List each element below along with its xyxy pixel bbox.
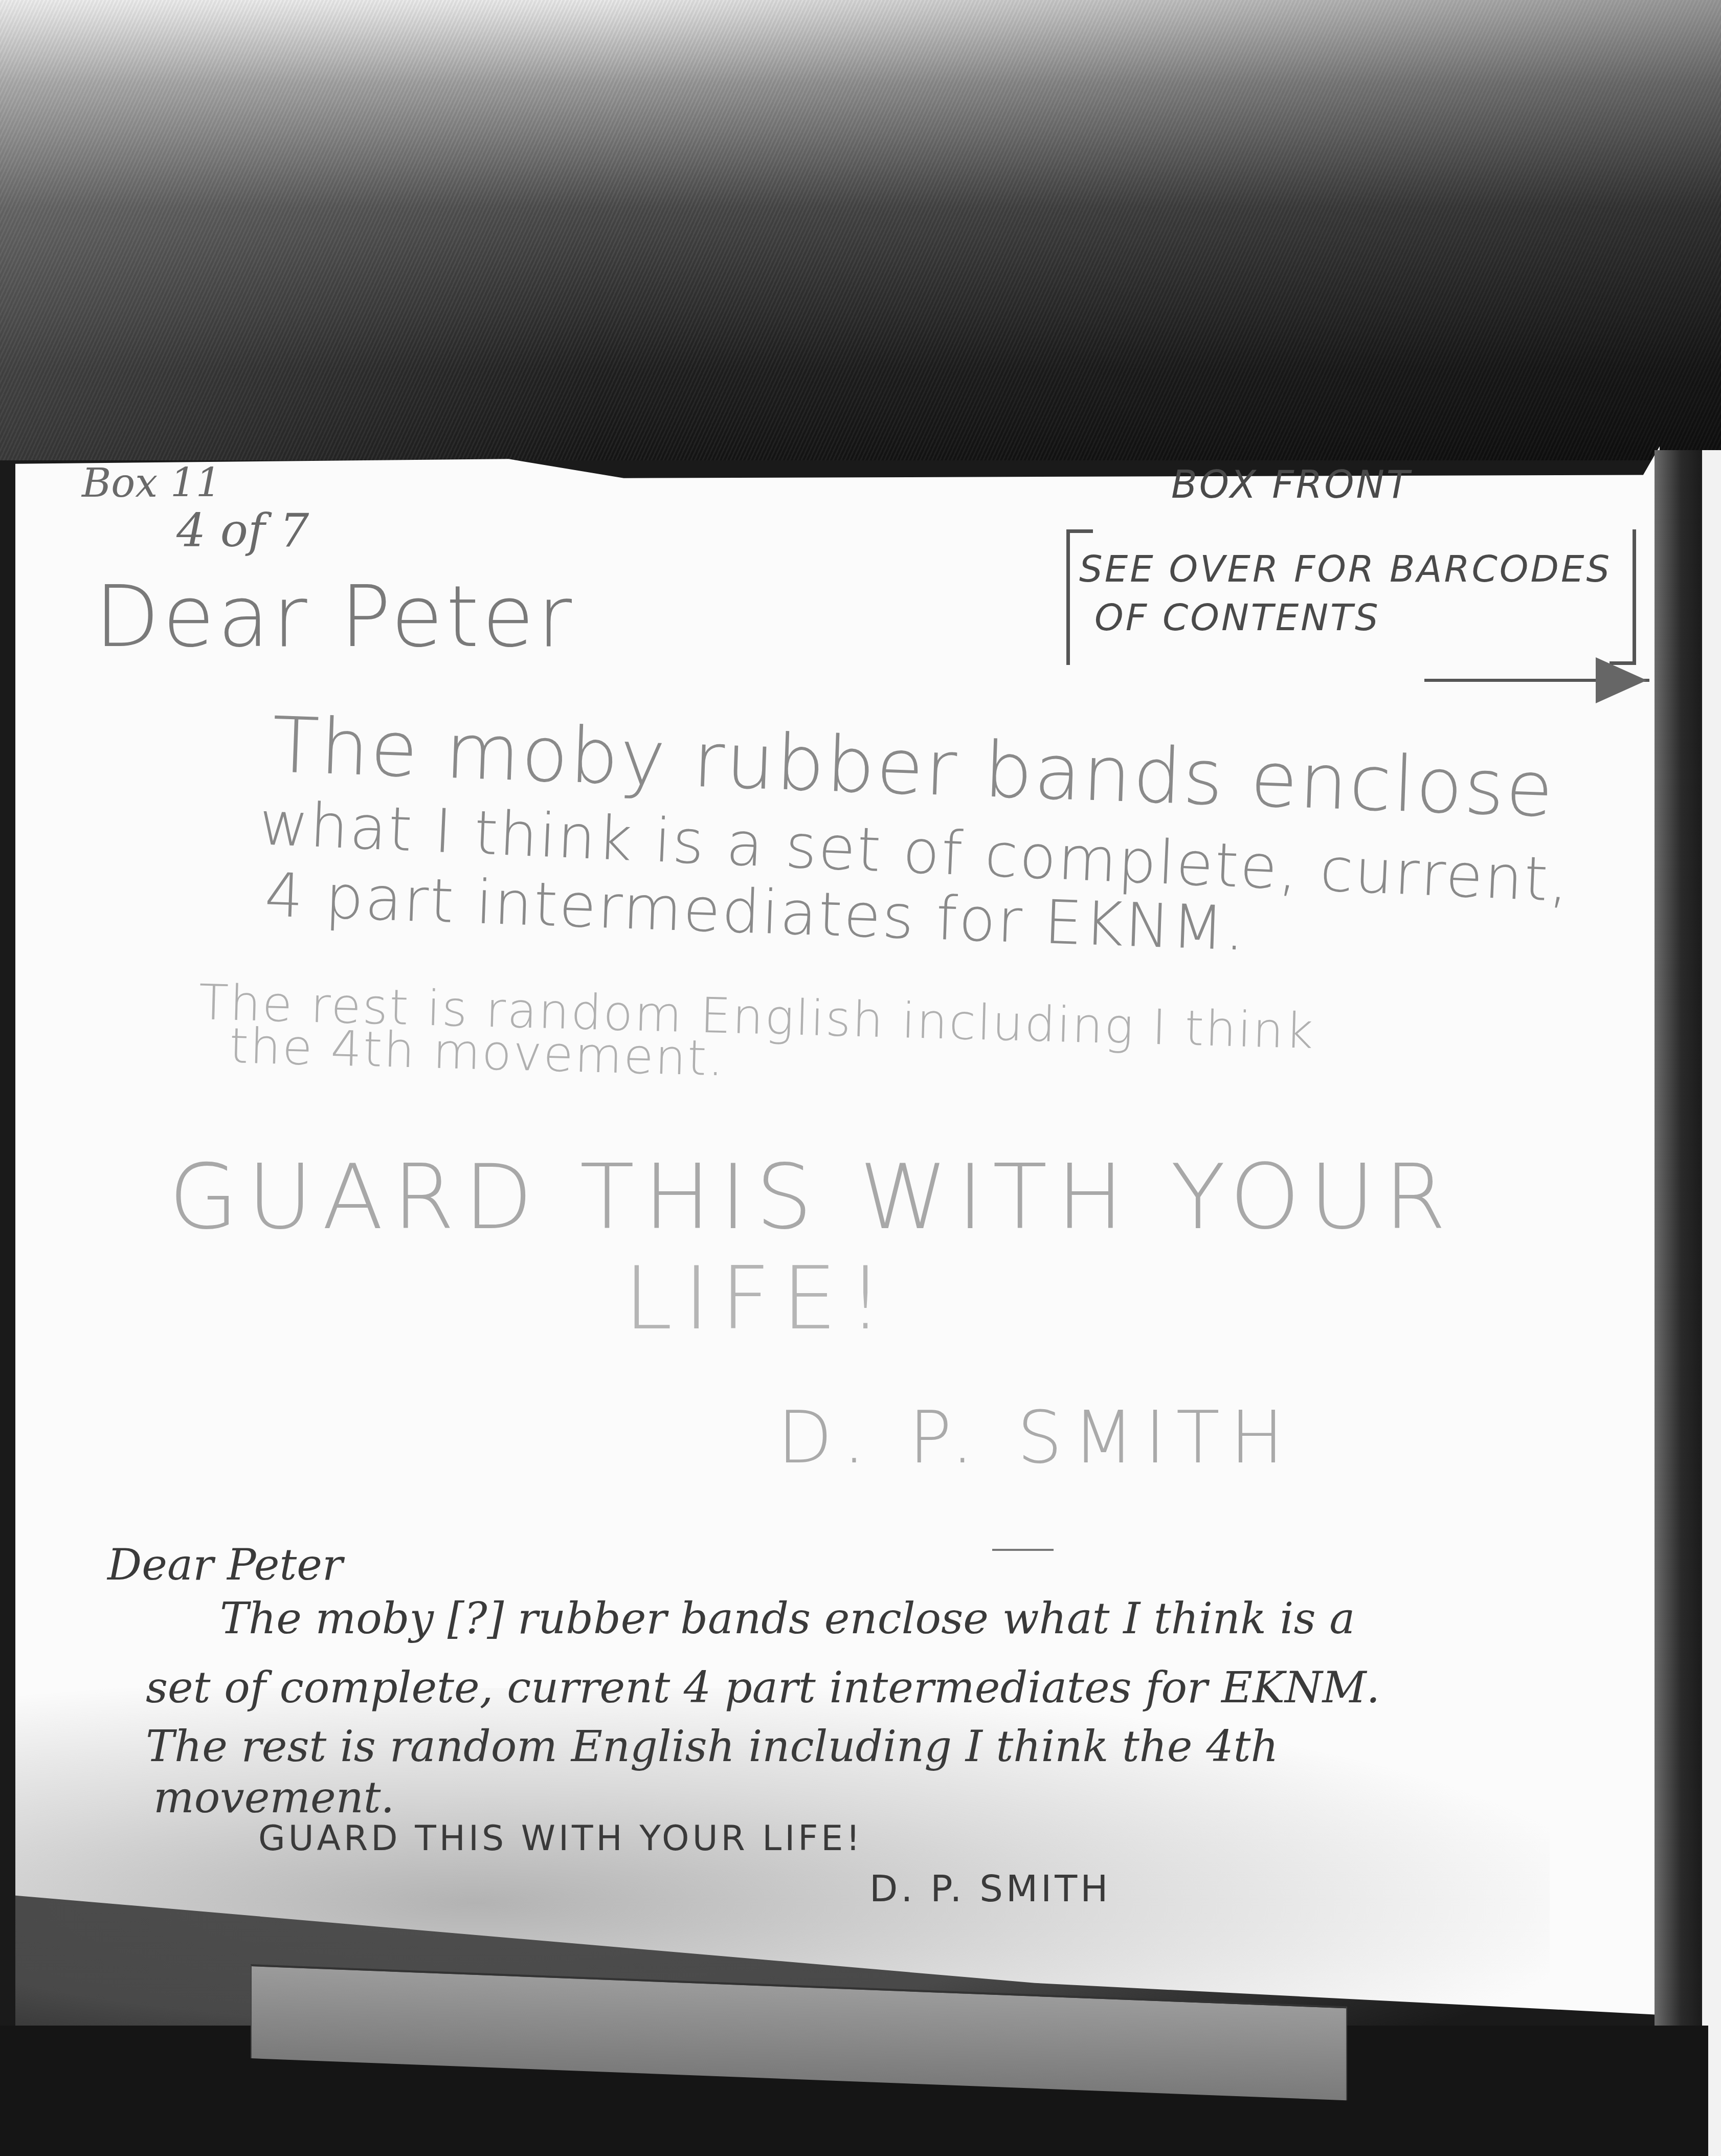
transcription-line-1: The moby [?] rubber bands enclose what I… <box>220 1593 1355 1643</box>
pencil-closing-1: GUARD THIS WITH YOUR <box>169 1146 1456 1250</box>
see-over-note: SEE OVER FOR BARCODES <box>1079 547 1612 590</box>
pencil-salutation: Dear Peter <box>95 568 575 666</box>
pencil-closing-2: LIFE! <box>624 1248 894 1349</box>
box-number-label: Box 11 <box>82 460 221 506</box>
transcription-closing: GUARD THIS WITH YOUR LIFE! <box>258 1818 863 1859</box>
box-front-heading: BOX FRONT <box>1171 463 1412 507</box>
of-contents-note: OF CONTENTS <box>1094 596 1380 639</box>
transcription-line-2: set of complete, current 4 part intermed… <box>146 1662 1380 1713</box>
transcription-line-3: The rest is random English including I t… <box>146 1721 1279 1771</box>
pencil-signature: D. P. SMITH <box>777 1396 1294 1480</box>
scan-margin <box>1702 450 1721 2156</box>
transcription-signature: D. P. SMITH <box>869 1867 1111 1910</box>
separator-dash <box>992 1549 1054 1551</box>
arrow-right-icon <box>1596 657 1647 703</box>
box-count-label: 4 of 7 <box>176 504 309 558</box>
transcription-salutation: Dear Peter <box>107 1540 343 1590</box>
scanner-background-top <box>0 0 1721 460</box>
transcription-line-4: movement. <box>153 1772 394 1822</box>
